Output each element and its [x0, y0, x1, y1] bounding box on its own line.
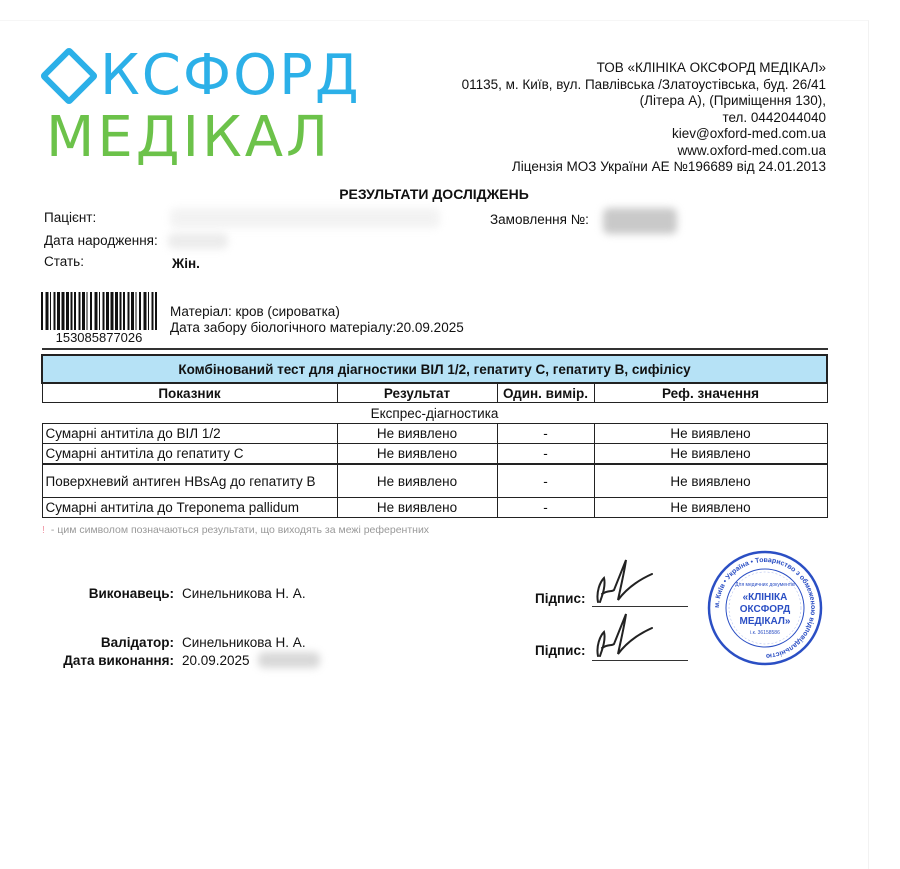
barcode-number: 153085877026 [40, 330, 158, 345]
section-label: Експрес-діагностика [42, 403, 827, 424]
svg-text:МЕДІКАЛ»: МЕДІКАЛ» [740, 616, 791, 627]
table-row: Сумарні антитіла до ВІЛ 1/2 Не виявлено … [42, 424, 827, 444]
clinic-stamp-icon: м. Київ • Україна • Товариство з обмежен… [707, 550, 823, 666]
sex-value: Жін. [172, 256, 200, 271]
validator-label: Валідатор: [44, 635, 174, 650]
unit-cell: - [497, 498, 594, 518]
indicator-cell: Поверхневий антиген HBsAg до гепатиту В [42, 464, 337, 498]
result-cell: Не виявлено [337, 444, 497, 465]
column-header-unit: Один. вимір. [497, 383, 594, 403]
results-table: Комбінований тест для діагностики ВІЛ 1/… [41, 354, 828, 518]
logo-medical: МЕДІКАЛ [46, 110, 331, 166]
clinic-address-line1: 01135, м. Київ, вул. Павлівська /Златоус… [462, 77, 826, 94]
signature-1-icon [590, 556, 660, 606]
logo-text-line1: КСФОРД [100, 43, 361, 108]
patient-label: Пацієнт: [44, 210, 96, 225]
sample-info: Матеріал: кров (сироватка) Дата забору б… [170, 304, 464, 336]
table-row: Сумарні антитіла до гепатиту С Не виявле… [42, 444, 827, 465]
document-title: РЕЗУЛЬТАТИ ДОСЛІДЖЕНЬ [0, 186, 868, 202]
result-cell: Не виявлено [337, 424, 497, 444]
clinic-license: Ліцензія МОЗ України АЕ №196689 від 24.0… [462, 159, 826, 176]
signature-label-2: Підпис: [535, 643, 585, 658]
validator-name: Синельникова Н. А. [182, 635, 306, 650]
result-cell: Не виявлено [337, 464, 497, 498]
performer-label: Виконавець: [44, 586, 174, 601]
sex-label: Стать: [44, 254, 84, 269]
reference-cell: Не виявлено [594, 498, 827, 518]
unit-cell: - [497, 464, 594, 498]
divider [42, 348, 828, 350]
order-number-redacted [603, 208, 677, 234]
indicator-cell: Сумарні антитіла до гепатиту С [42, 444, 337, 465]
column-header-result: Результат [337, 383, 497, 403]
collection-date-text: Дата забору біологічного матеріалу:20.09… [170, 320, 464, 336]
indicator-cell: Сумарні антитіла до ВІЛ 1/2 [42, 424, 337, 444]
footnote-text: - цим символом позначаються результати, … [51, 524, 429, 536]
birthdate-label: Дата народження: [44, 233, 158, 248]
unit-cell: - [497, 424, 594, 444]
patient-name-redacted [170, 208, 440, 228]
signature-line-1 [592, 606, 688, 607]
indicator-cell: Сумарні антитіла до Treponema pallidum [42, 498, 337, 518]
signature-2-icon [590, 610, 660, 660]
svg-text:ОКСФОРД: ОКСФОРД [740, 604, 790, 615]
footnote: !- цим символом позначаються результати,… [42, 524, 429, 536]
reference-cell: Не виявлено [594, 464, 827, 498]
clinic-name: ТОВ «КЛІНІКА ОКСФОРД МЕДІКАЛ» [462, 60, 826, 77]
performer-name: Синельникова Н. А. [182, 586, 306, 601]
svg-text:Для медичних документів: Для медичних документів [735, 582, 795, 588]
order-label: Замовлення №: [490, 212, 589, 227]
reference-cell: Не виявлено [594, 444, 827, 465]
logo-oxford: КСФОРД [42, 48, 361, 104]
warning-mark-icon: ! [42, 524, 45, 536]
table-title: Комбінований тест для діагностики ВІЛ 1/… [42, 355, 827, 383]
svg-text:і.к. 36158586: і.к. 36158586 [750, 630, 780, 636]
table-row: Поверхневий антиген HBsAg до гепатиту В … [42, 464, 827, 498]
clinic-phone: тел. 0442044040 [462, 110, 826, 127]
date-label: Дата виконання: [44, 653, 174, 668]
birthdate-redacted [168, 233, 228, 249]
signature-label-1: Підпис: [535, 591, 585, 606]
clinic-info: ТОВ «КЛІНІКА ОКСФОРД МЕДІКАЛ» 01135, м. … [462, 60, 826, 176]
table-row: Сумарні антитіла до Treponema pallidum Н… [42, 498, 827, 518]
signature-line-2 [592, 660, 688, 661]
column-header-reference: Реф. значення [594, 383, 827, 403]
material-text: Матеріал: кров (сироватка) [170, 304, 464, 320]
date-value: 20.09.2025 [182, 653, 250, 668]
logo-diamond-icon [39, 46, 98, 105]
clinic-email: kiev@oxford-med.com.ua [462, 126, 826, 143]
clinic-address-line2: (Літера А), (Приміщення 130), [462, 93, 826, 110]
reference-cell: Не виявлено [594, 424, 827, 444]
svg-text:«КЛІНІКА: «КЛІНІКА [743, 592, 788, 603]
barcode-icon [40, 292, 158, 330]
time-redacted [258, 652, 320, 668]
clinic-website: www.oxford-med.com.ua [462, 143, 826, 160]
result-cell: Не виявлено [337, 498, 497, 518]
column-header-indicator: Показник [42, 383, 337, 403]
unit-cell: - [497, 444, 594, 465]
